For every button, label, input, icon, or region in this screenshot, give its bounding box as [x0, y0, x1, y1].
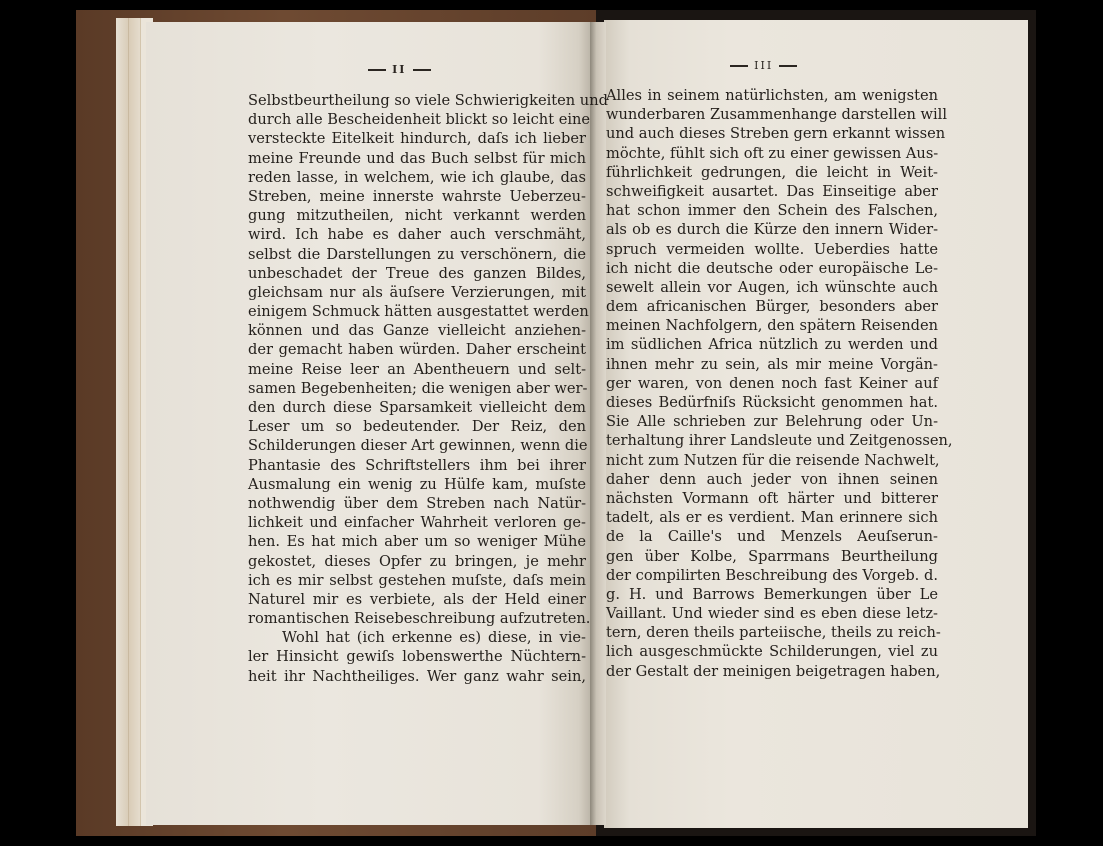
page-number-label: II	[392, 63, 406, 76]
text-line: hat schon immer den Schein des Falschen,	[606, 201, 938, 220]
text-line: dem africanischen Bürger, besonders aber	[606, 297, 938, 316]
text-line: versteckte Eitelkeit hindurch, daſs ich …	[248, 129, 586, 148]
text-line: reden lasse, in welchem, wie ich glaube,…	[248, 168, 586, 187]
text-line: hen. Es hat mich aber um so weniger Mühe	[248, 532, 586, 551]
text-line: Phantasie des Schriftstellers ihm bei ih…	[248, 456, 586, 475]
text-line: dieses Bedürfniſs Rücksicht genommen hat…	[606, 393, 938, 412]
text-line: Alles in seinem natürlichsten, am wenigs…	[606, 86, 938, 105]
text-line: Vaillant. Und wieder sind es eben diese …	[606, 604, 938, 623]
text-line: selbst die Darstellungen zu verschönern,…	[248, 245, 586, 264]
text-line: ihnen mehr zu sein, als mir meine Vorgän…	[606, 355, 938, 374]
text-line: Ausmalung ein wenig zu Hülfe kam, muſste	[248, 475, 586, 494]
text-line: romantischen Reisebeschreibung aufzutret…	[248, 609, 586, 628]
text-line: gleichsam nur als äuſsere Verzierungen, …	[248, 283, 586, 302]
text-line: ich es mir selbst gestehen muſste, daſs …	[248, 571, 586, 590]
text-line: tern, deren theils parteiische, theils z…	[606, 623, 938, 642]
text-line: Schilderungen dieser Art gewinnen, wenn …	[248, 436, 586, 455]
text-line: meine Freunde und das Buch selbst für mi…	[248, 149, 586, 168]
text-line: können und das Ganze vielleicht anziehen…	[248, 321, 586, 340]
text-line: Sie Alle schrieben zur Belehrung oder Un…	[606, 412, 938, 431]
text-line: ler Hinsicht gewiſs lobenswerthe Nüchter…	[248, 647, 586, 666]
page-number-right: III	[730, 58, 797, 73]
text-line: Wohl hat (ich erkenne es) diese, in vie-	[248, 628, 586, 647]
right-page-text: Alles in seinem natürlichsten, am wenigs…	[606, 86, 938, 681]
text-line: ger waren, von denen noch fast Keiner au…	[606, 374, 938, 393]
text-line: einigem Schmuck hätten ausgestattet werd…	[248, 302, 586, 321]
dash-icon	[730, 65, 748, 67]
text-line: gung mitzutheilen, nicht verkannt werden	[248, 206, 586, 225]
text-line: unbeschadet der Treue des ganzen Bildes,	[248, 264, 586, 283]
text-line: wird. Ich habe es daher auch verschmäht,	[248, 225, 586, 244]
text-line: nothwendig über dem Streben nach Natür-	[248, 494, 586, 513]
book-gutter	[590, 22, 606, 825]
dash-icon	[779, 65, 797, 67]
page-number-label: III	[754, 59, 773, 72]
text-line: meine Reise leer an Abentheuern und selt…	[248, 360, 586, 379]
text-line: Leser um so bedeutender. Der Reiz, den	[248, 417, 586, 436]
text-line: gekostet, dieses Opfer zu bringen, je me…	[248, 552, 586, 571]
text-line: spruch vermeiden wollte. Ueberdies hatte	[606, 240, 938, 259]
text-line: gen über Kolbe, Sparrmans Beurtheilung	[606, 547, 938, 566]
text-line: samen Begebenheiten; die wenigen aber we…	[248, 379, 586, 398]
text-line: g. H. und Barrows Bemerkungen über Le	[606, 585, 938, 604]
text-line: Streben, meine innerste wahrste Ueberzeu…	[248, 187, 586, 206]
text-line: als ob es durch die Kürze den innern Wid…	[606, 220, 938, 239]
text-line: nächsten Vormann oft härter und bitterer	[606, 489, 938, 508]
page-number-left: II	[368, 62, 431, 77]
text-line: nicht zum Nutzen für die reisende Nachwe…	[606, 451, 938, 470]
text-line: der Gestalt der meinigen beigetragen hab…	[606, 662, 938, 681]
text-line: daher denn auch jeder von ihnen seinen	[606, 470, 938, 489]
text-line: den durch diese Sparsamkeit vielleicht d…	[248, 398, 586, 417]
text-line: wunderbaren Zusammenhange darstellen wil…	[606, 105, 938, 124]
text-line: möchte, fühlt sich oft zu einer gewissen…	[606, 144, 938, 163]
text-line: heit ihr Nachtheiliges. Wer ganz wahr se…	[248, 667, 586, 686]
text-line: terhaltung ihrer Landsleute und Zeitgeno…	[606, 431, 938, 450]
dash-icon	[368, 69, 386, 71]
text-line: Naturel mir es verbiete, als der Held ei…	[248, 590, 586, 609]
text-line: führlichkeit gedrungen, die leicht in We…	[606, 163, 938, 182]
text-line: ich nicht die deutsche oder europäische …	[606, 259, 938, 278]
text-line: der compilirten Beschreibung des Vorgeb.…	[606, 566, 938, 585]
text-line: im südlichen Africa nützlich zu werden u…	[606, 335, 938, 354]
text-line: der gemacht haben würden. Daher erschein…	[248, 340, 586, 359]
left-page-text: Selbstbeurtheilung so viele Schwierigkei…	[248, 91, 586, 686]
text-line: sewelt allein vor Augen, ich wünschte au…	[606, 278, 938, 297]
text-line: schweifigkeit ausartet. Das Einseitige a…	[606, 182, 938, 201]
text-line: lichkeit und einfacher Wahrheit verloren…	[248, 513, 586, 532]
text-line: und auch dieses Streben gern erkannt wis…	[606, 124, 938, 143]
text-line: Selbstbeurtheilung so viele Schwierigkei…	[248, 91, 586, 110]
text-line: de la Caille's und Menzels Aeuſserun-	[606, 527, 938, 546]
text-line: tadelt, als er es verdient. Man erinnere…	[606, 508, 938, 527]
dash-icon	[413, 69, 431, 71]
text-line: durch alle Bescheidenheit blickt so leic…	[248, 110, 586, 129]
text-line: lich ausgeschmückte Schilderungen, viel …	[606, 642, 938, 661]
text-line: meinen Nachfolgern, den spätern Reisende…	[606, 316, 938, 335]
